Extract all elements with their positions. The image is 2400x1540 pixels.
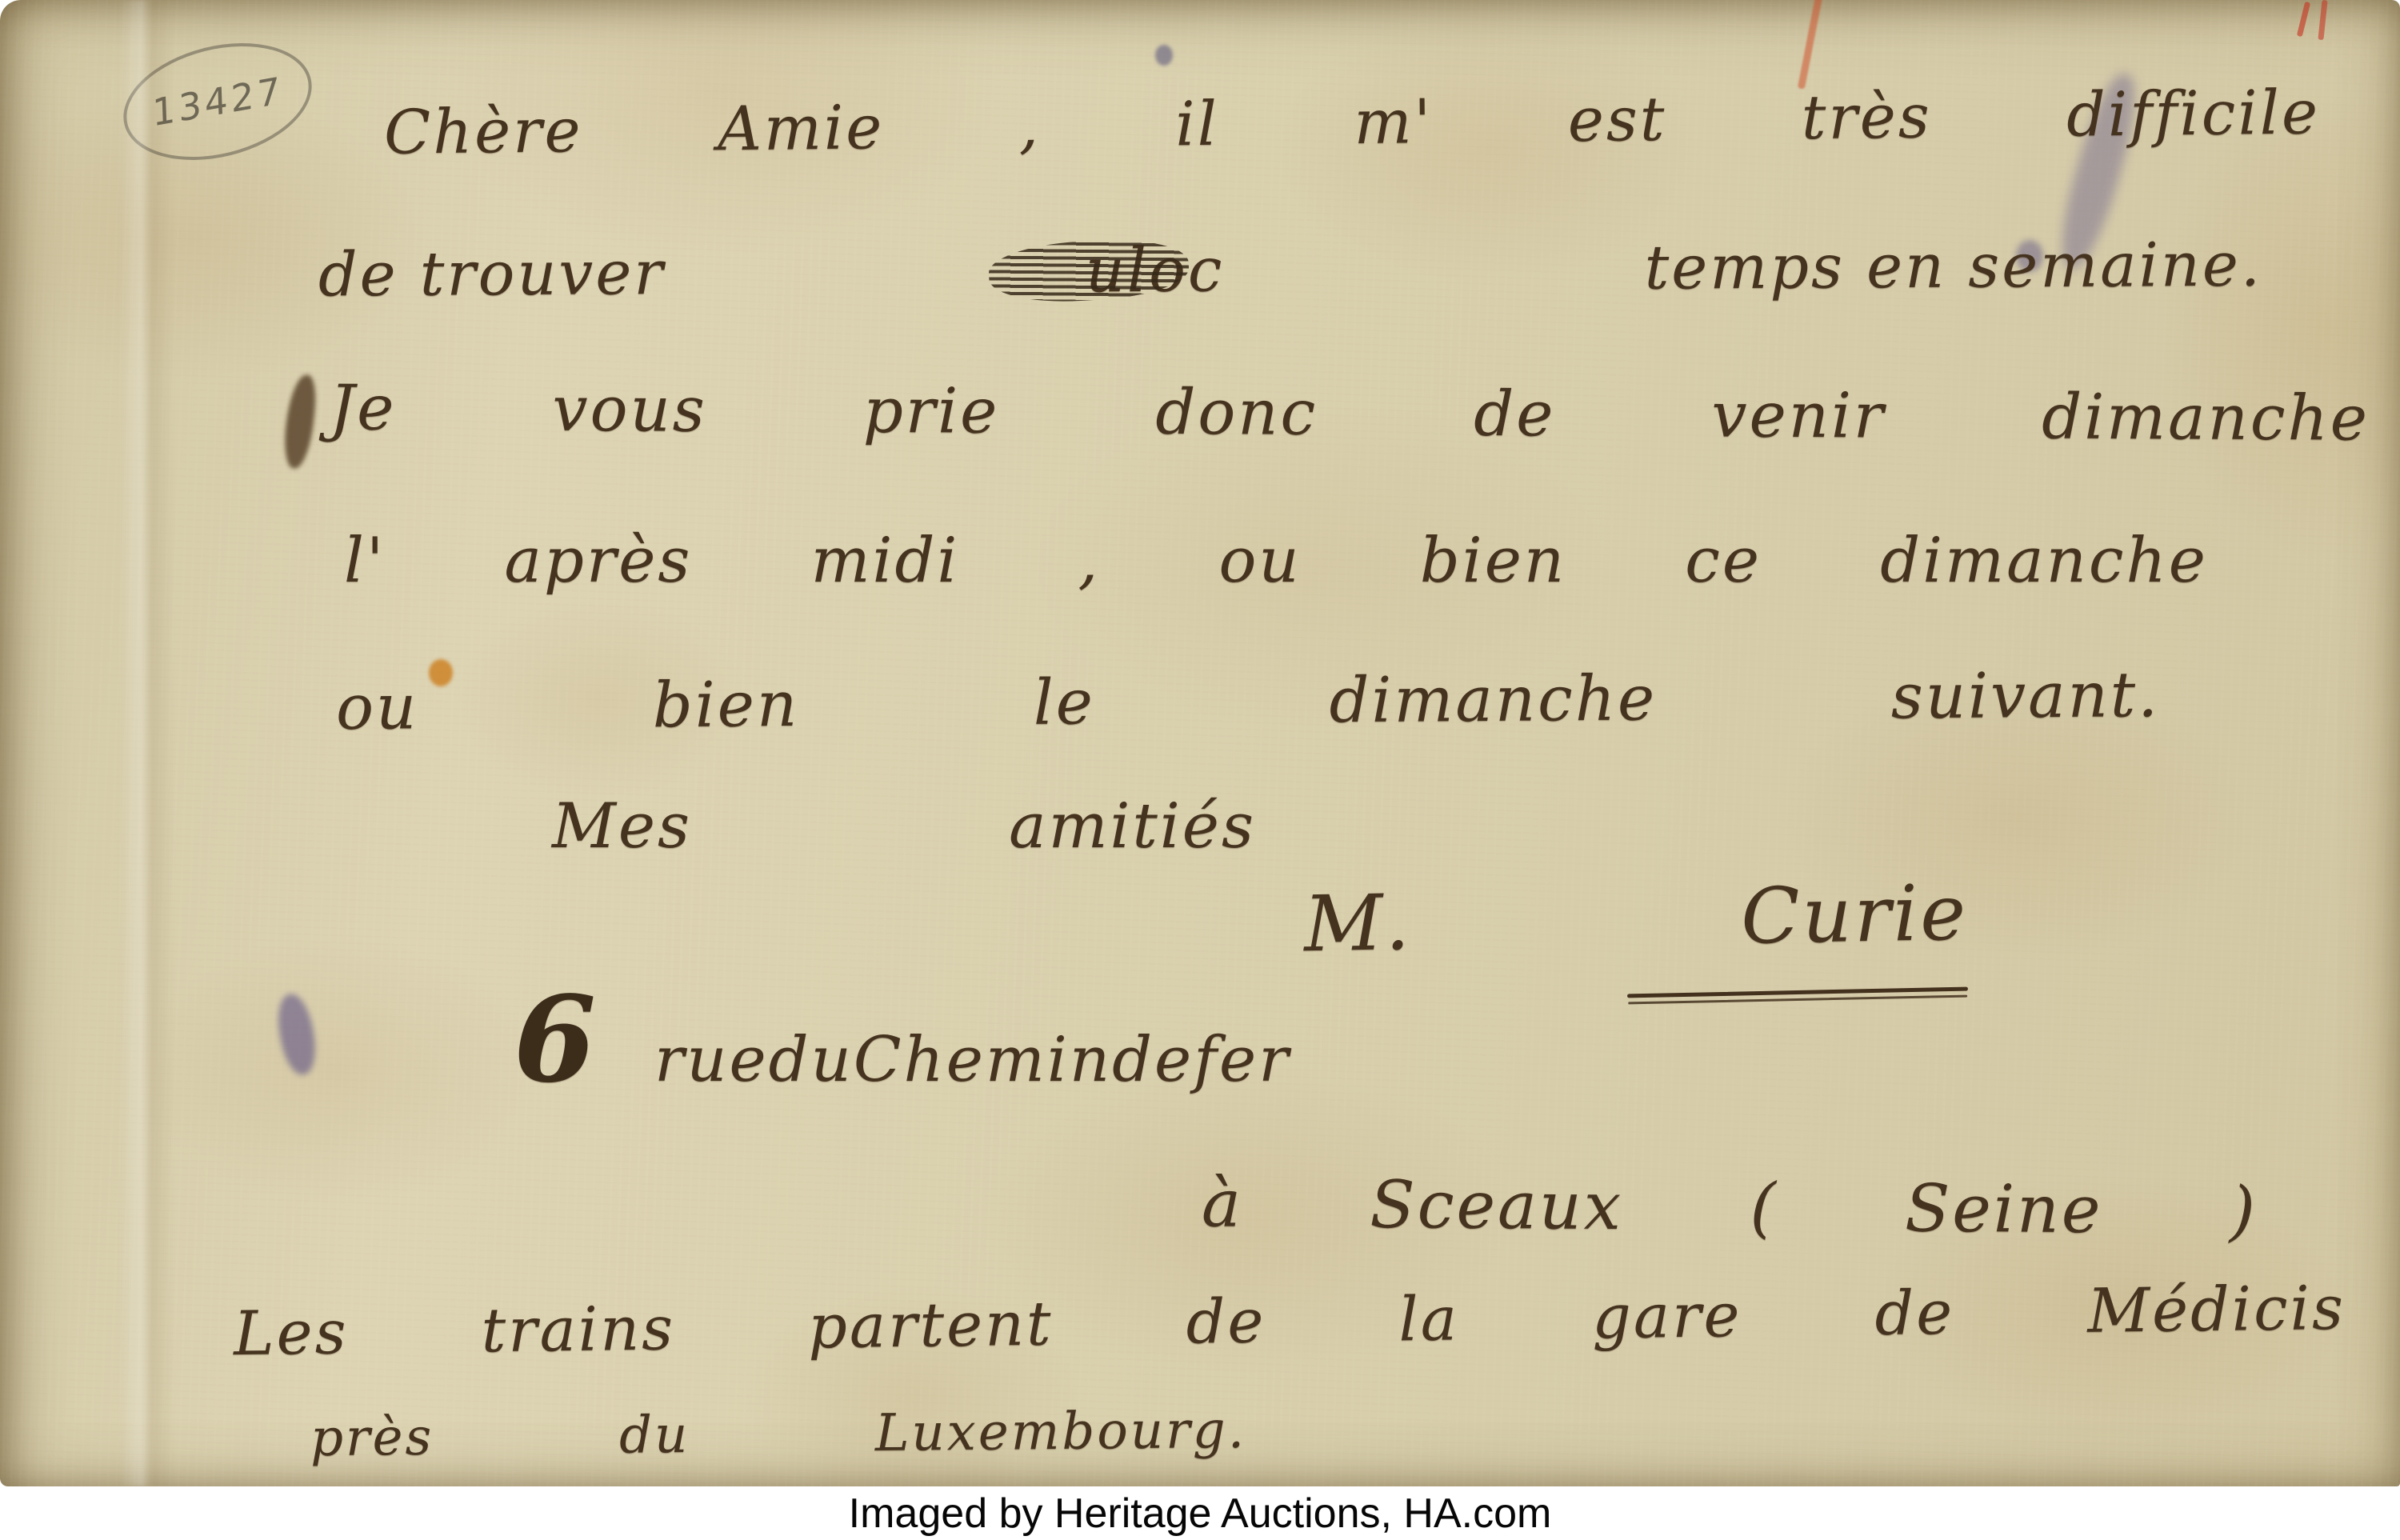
credit-band: Imaged by Heritage Auctions, HA.com [0, 1486, 2400, 1540]
paper-crease [118, 0, 174, 1486]
red-mark [2297, 2, 2310, 37]
postscript-line-2: prèsduLuxembourg. [310, 1401, 1247, 1468]
catalog-number-oval: 13427 [111, 25, 324, 178]
address-line-1: 6 rueduChemindefer [514, 1024, 1965, 1096]
body-line-2-post: temps en semaine. [1645, 229, 2263, 303]
postcard-scan: 13427 ChèreAmie,ilm'esttrèsdifficile de … [0, 0, 2400, 1486]
address-line-2: àSceaux(Seine) [1202, 1166, 2258, 1249]
salutation-line: ChèreAmie,ilm'esttrèsdifficile [384, 76, 2321, 167]
credit-text: Imaged by Heritage Auctions, HA.com [849, 1490, 1552, 1538]
body-line-3: Jevouspriedoncdevenirdimanche [330, 372, 2370, 454]
purple-ink-smear [273, 991, 320, 1078]
signature-flourish [1627, 987, 1968, 998]
crossed-out-word: uloc [1086, 234, 1225, 306]
body-line-2: de trouver uloc temps en semaine. [318, 229, 2262, 310]
body-line-5: oubienledimanchesuivant. [336, 659, 2161, 744]
body-line-2-pre: de trouver [318, 237, 666, 310]
blue-ink-speck [1155, 45, 1173, 66]
red-mark [2318, 0, 2327, 40]
body-line-4: l'aprèsmidi,oubiencedimanche [344, 525, 2208, 597]
street-name: rueduChemindefer [654, 1024, 1965, 1096]
signature: M.Curie [1303, 868, 1969, 969]
ink-blot [282, 374, 318, 470]
postscript-line-1: LestrainspartentdelagaredeMédicis [234, 1272, 2346, 1369]
closing-line: Mesamitiés [552, 790, 1256, 862]
red-scratch [1798, 0, 1822, 90]
catalog-number: 13427 [151, 68, 284, 134]
